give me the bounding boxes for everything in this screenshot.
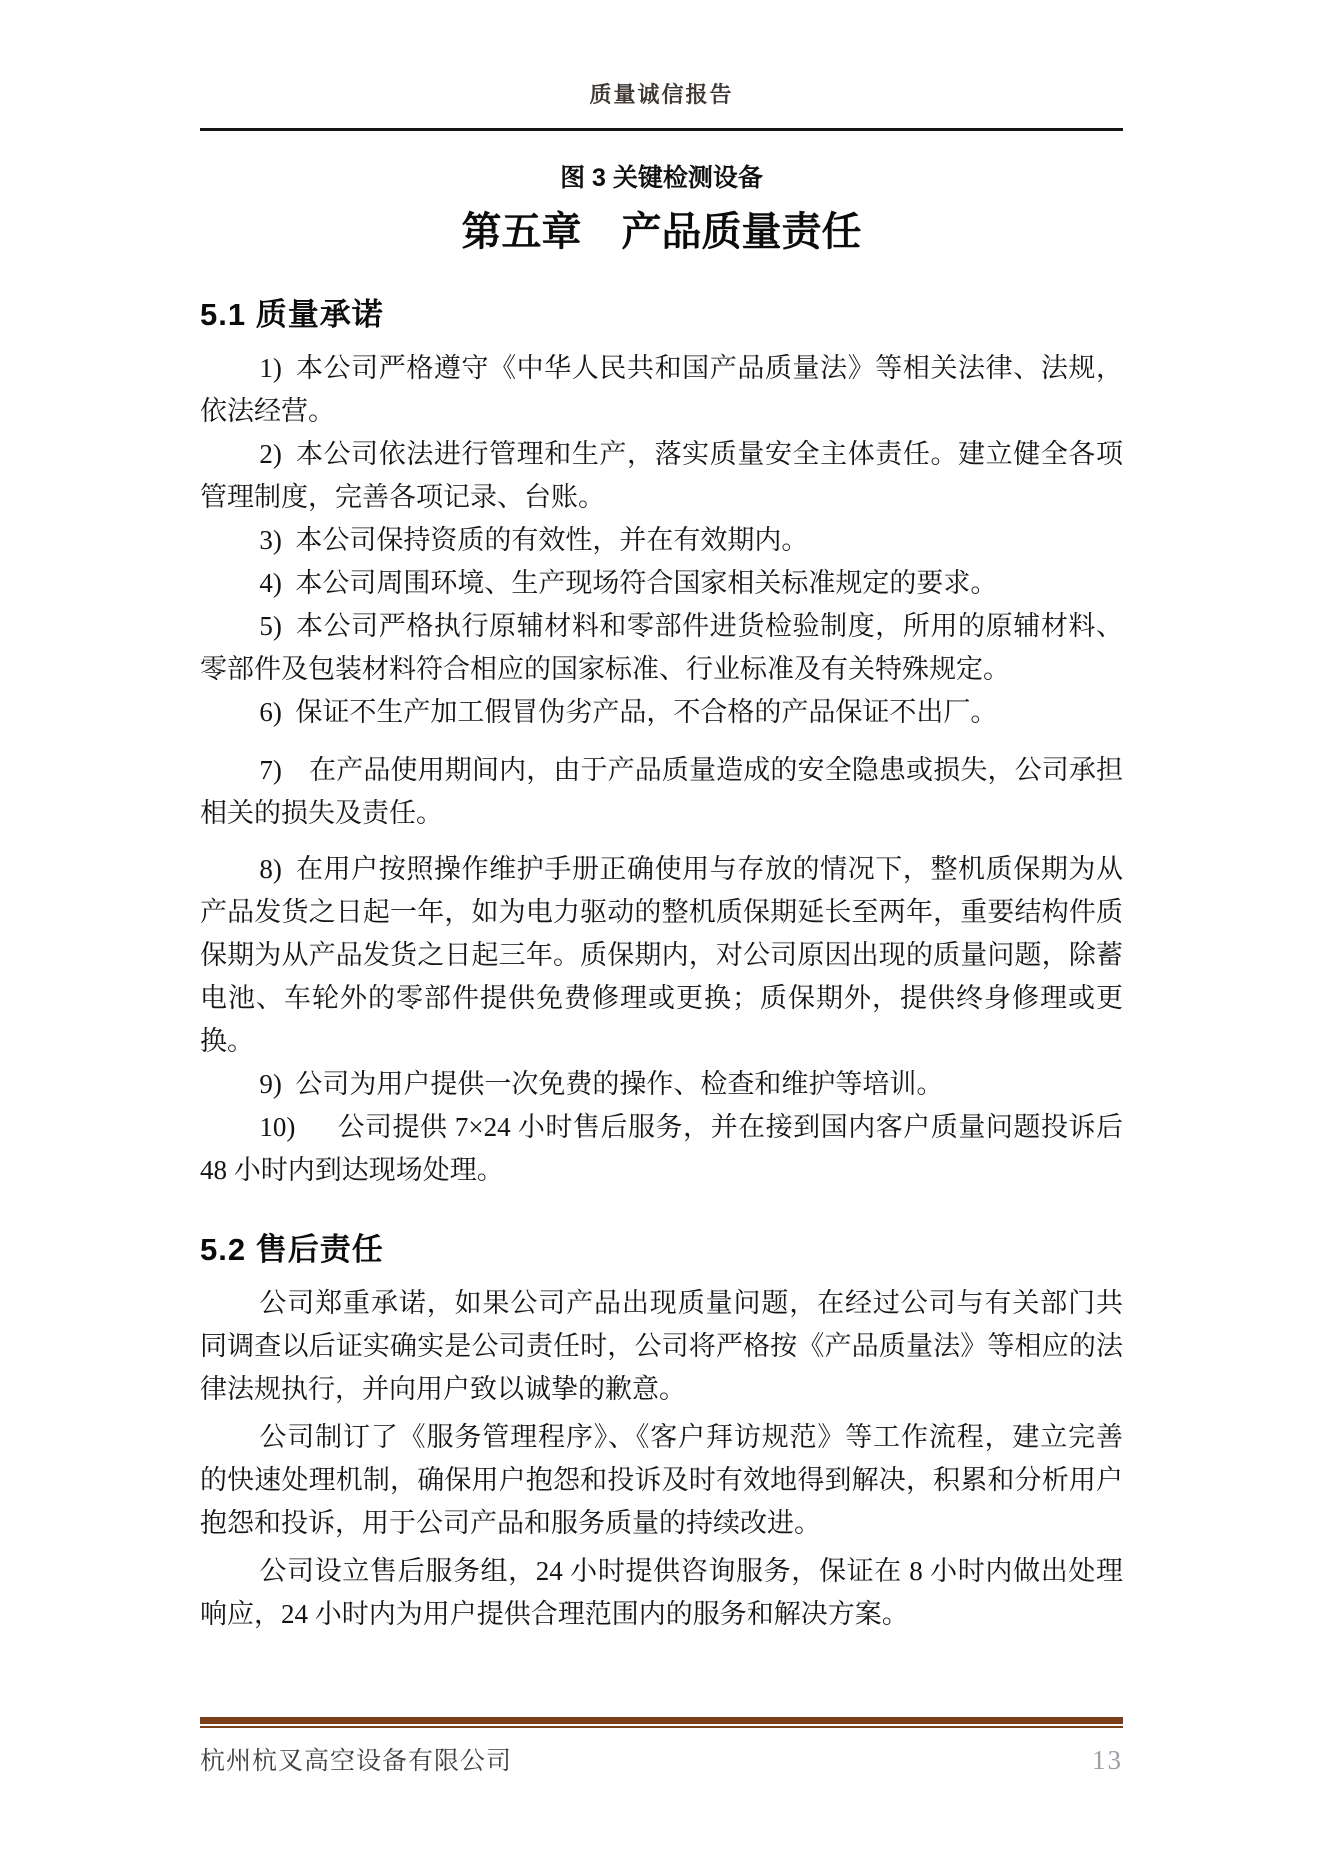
chapter-title: 第五章 产品质量责任 xyxy=(200,207,1123,257)
after-sales-paragraph-1: 公司郑重承诺，如果公司产品出现质量问题，在经过公司与有关部门共同调查以后证实确实… xyxy=(200,1282,1123,1411)
running-header: 质量诚信报告 xyxy=(200,0,1123,131)
footer-rule-thick xyxy=(200,1717,1123,1724)
quality-commitment-item-4: 4) 本公司周围环境、生产现场符合国家相关标准规定的要求。 xyxy=(200,562,1123,605)
quality-commitment-item-8: 8) 在用户按照操作维护手册正确使用与存放的情况下，整机质保期为从产品发货之日起… xyxy=(200,848,1123,1063)
page-content: 质量诚信报告 图 3 关键检测设备 第五章 产品质量责任 5.1 质量承诺 1)… xyxy=(200,0,1123,1636)
report-header-title: 质量诚信报告 xyxy=(200,82,1123,108)
after-sales-paragraph-3: 公司设立售后服务组，24 小时提供咨询服务，保证在 8 小时内做出处理响应，24… xyxy=(200,1550,1123,1636)
document-page: 质量诚信报告 图 3 关键检测设备 第五章 产品质量责任 5.1 质量承诺 1)… xyxy=(0,0,1323,1871)
quality-commitment-item-3: 3) 本公司保持资质的有效性，并在有效期内。 xyxy=(200,519,1123,562)
quality-commitment-item-2: 2) 本公司依法进行管理和生产，落实质量安全主体责任。建立健全各项管理制度，完善… xyxy=(200,433,1123,519)
quality-commitment-item-7: 7) 在产品使用期间内，由于产品质量造成的安全隐患或损失，公司承担相关的损失及责… xyxy=(200,749,1123,835)
quality-commitment-item-6: 6) 保证不生产加工假冒伪劣产品，不合格的产品保证不出厂。 xyxy=(200,691,1123,734)
footer-row: 杭州杭叉高空设备有限公司 13 xyxy=(200,1741,1123,1777)
section-heading-5-1: 5.1 质量承诺 xyxy=(200,295,1123,335)
page-number: 13 xyxy=(1092,1745,1123,1776)
figure-caption: 图 3 关键检测设备 xyxy=(200,163,1123,193)
after-sales-paragraph-2: 公司制订了《服务管理程序》、《客户拜访规范》等工作流程，建立完善的快速处理机制，… xyxy=(200,1416,1123,1545)
after-sales-section: 公司郑重承诺，如果公司产品出现质量问题，在经过公司与有关部门共同调查以后证实确实… xyxy=(200,1282,1123,1636)
page-footer: 杭州杭叉高空设备有限公司 13 xyxy=(200,1717,1123,1777)
quality-commitment-item-5: 5) 本公司严格执行原辅材料和零部件进货检验制度，所用的原辅材料、零部件及包装材… xyxy=(200,605,1123,691)
quality-commitment-item-10: 10) 公司提供 7×24 小时售后服务，并在接到国内客户质量问题投诉后 48 … xyxy=(200,1106,1123,1192)
footer-company-name: 杭州杭叉高空设备有限公司 xyxy=(200,1741,512,1777)
footer-rule-thin xyxy=(200,1726,1123,1728)
quality-commitment-list: 1) 本公司严格遵守《中华人民共和国产品质量法》等相关法律、法规，依法经营。 2… xyxy=(200,347,1123,1192)
quality-commitment-item-1: 1) 本公司严格遵守《中华人民共和国产品质量法》等相关法律、法规，依法经营。 xyxy=(200,347,1123,433)
header-rule xyxy=(200,128,1123,131)
section-heading-5-2: 5.2 售后责任 xyxy=(200,1230,1123,1270)
quality-commitment-item-9: 9) 公司为用户提供一次免费的操作、检查和维护等培训。 xyxy=(200,1063,1123,1106)
